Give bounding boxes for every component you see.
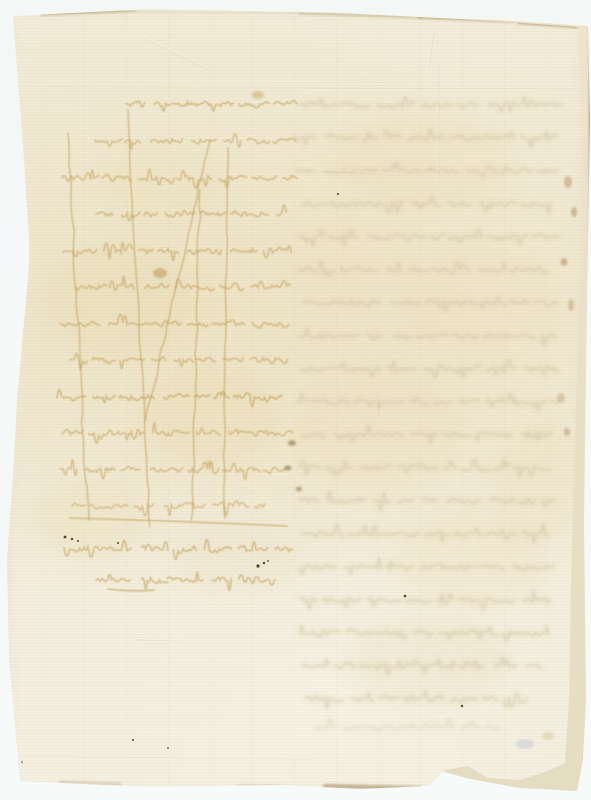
manuscript-page	[0, 0, 591, 800]
scan-background	[0, 0, 591, 800]
page-edge-shading	[0, 0, 591, 800]
